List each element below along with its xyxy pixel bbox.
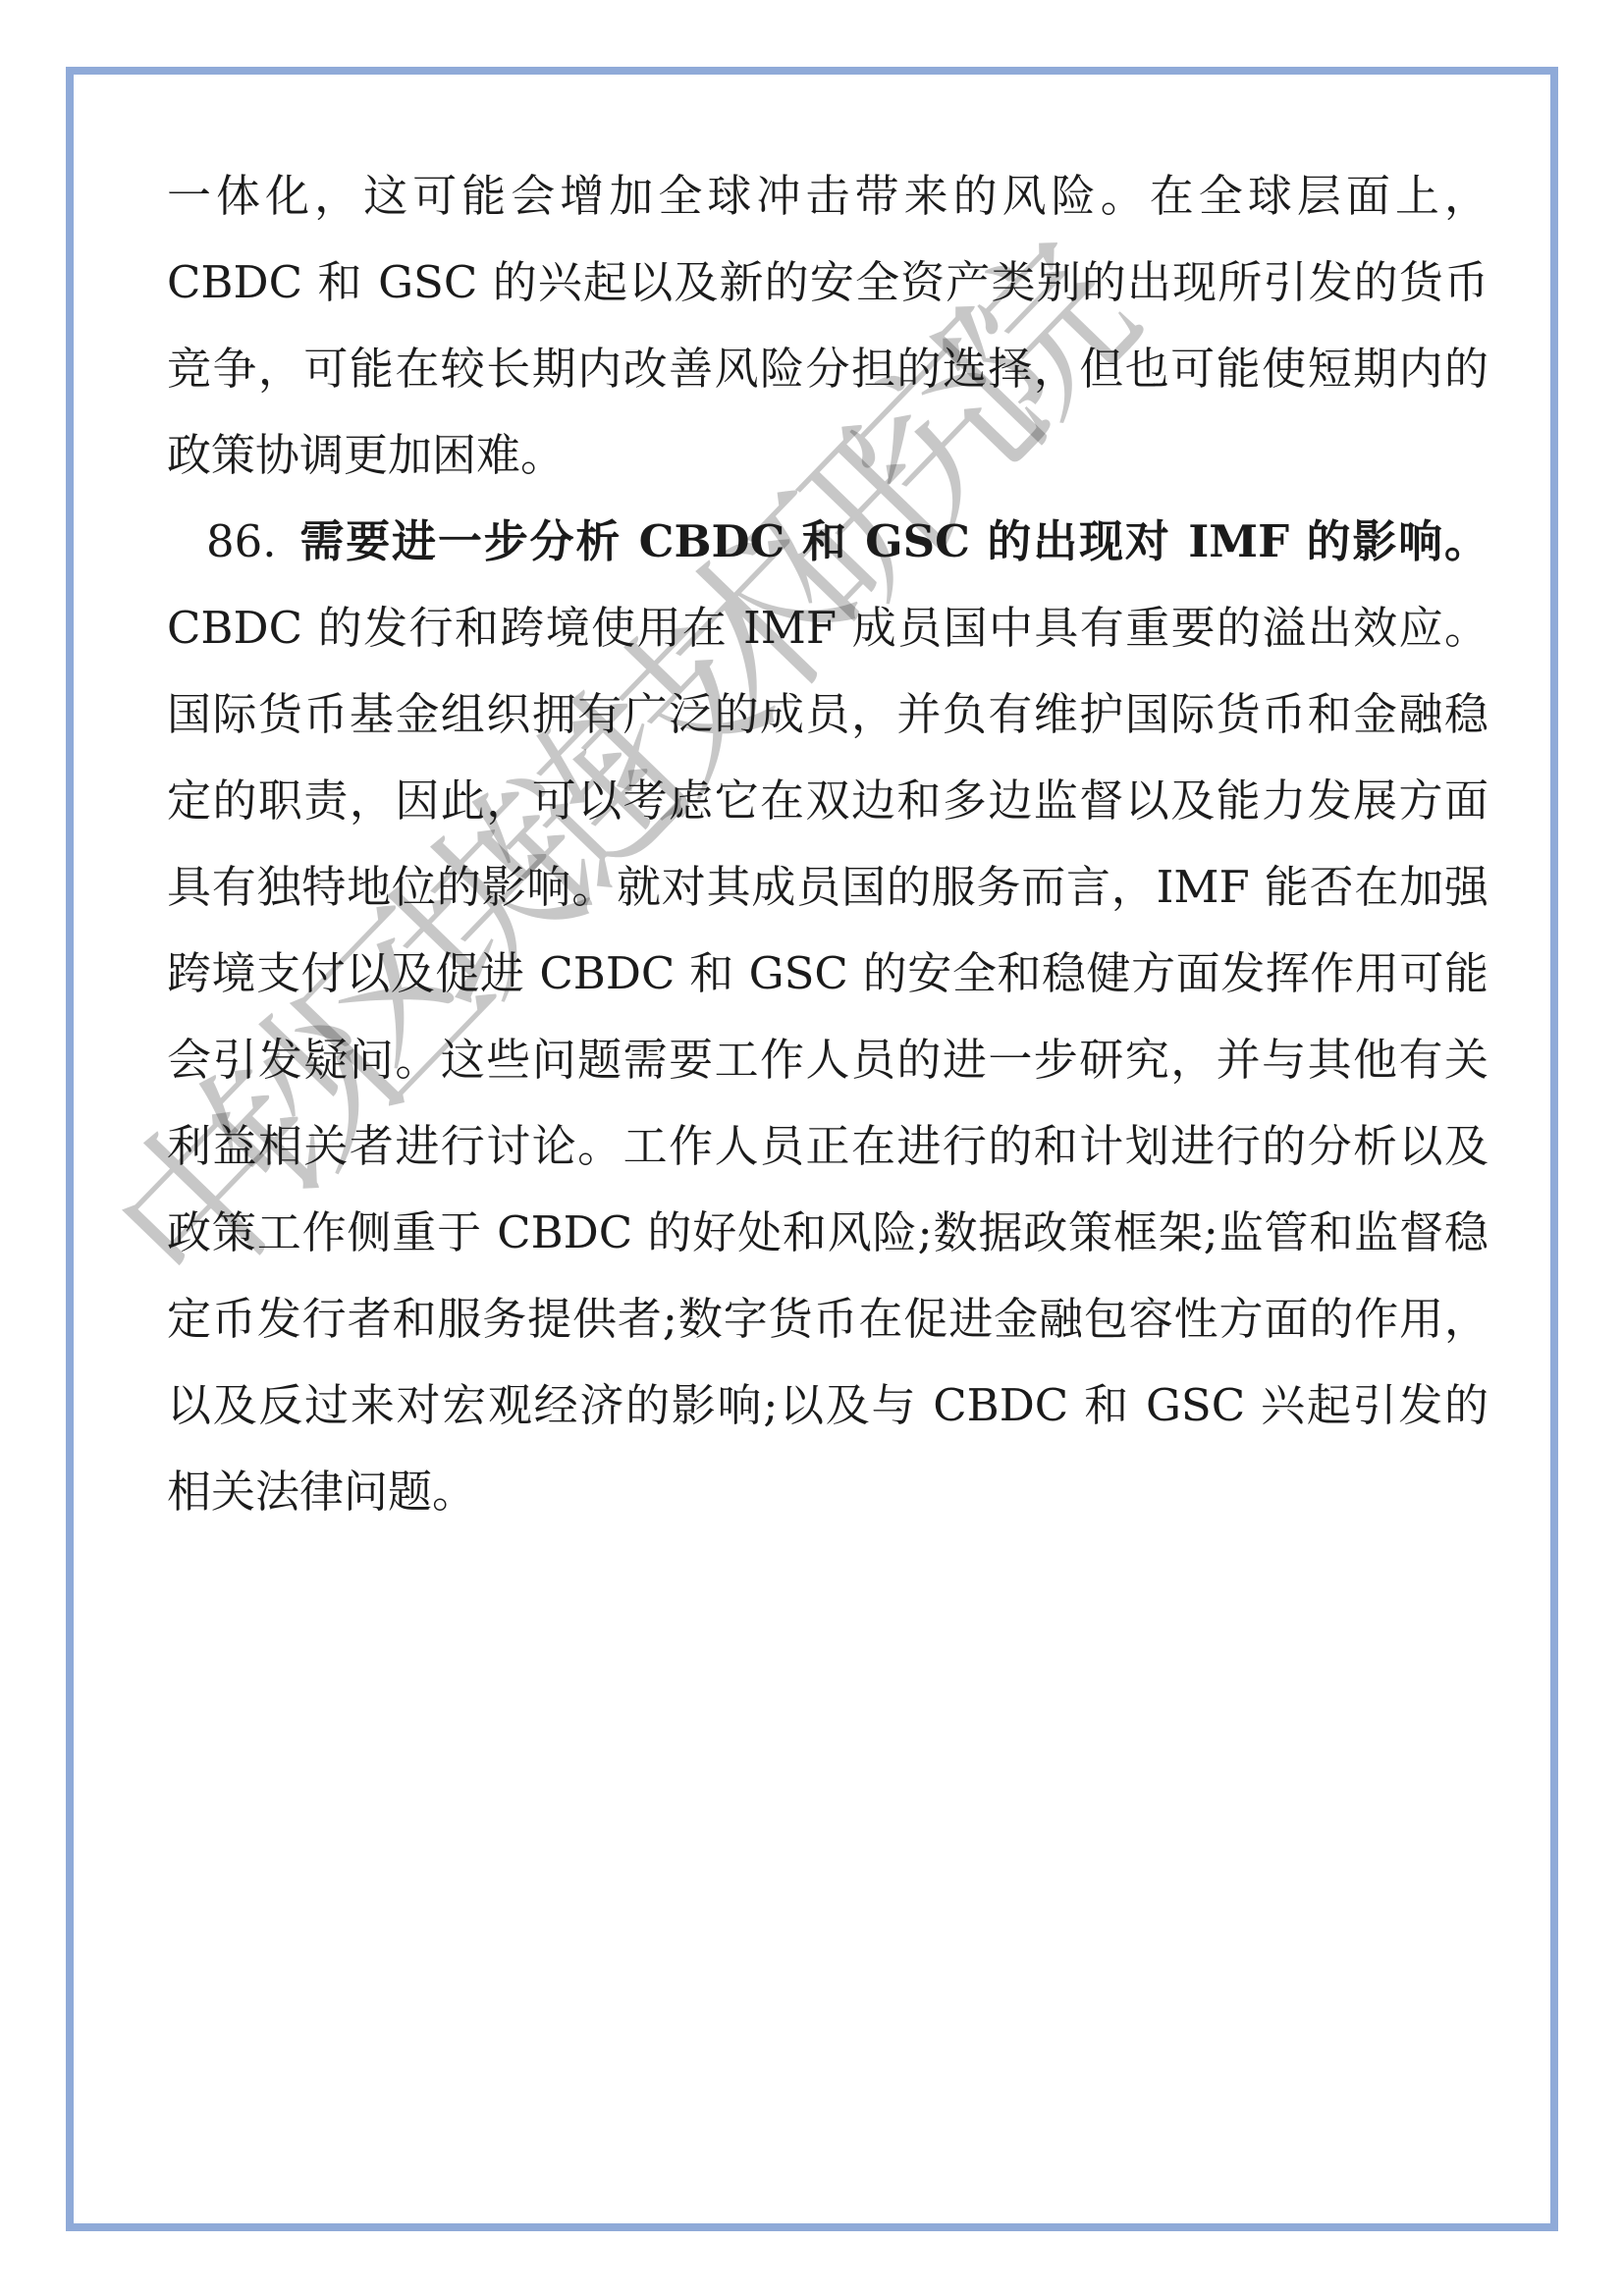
paragraph-continuation-text: 一体化，这可能会增加全球冲击带来的风险。在全球层面上，CBDC 和 GSC 的兴…: [167, 170, 1488, 481]
document-text-block: 一体化，这可能会增加全球冲击带来的风险。在全球层面上，CBDC 和 GSC 的兴…: [167, 153, 1488, 1535]
document-page: 中钞区块链技术研究院 一体化，这可能会增加全球冲击带来的风险。在全球层面上，CB…: [0, 0, 1623, 2296]
paragraph-86-body: CBDC 的发行和跨境使用在 IMF 成员国中具有重要的溢出效应。国际货币基金组…: [167, 602, 1488, 1518]
paragraph-continuation: 一体化，这可能会增加全球冲击带来的风险。在全球层面上，CBDC 和 GSC 的兴…: [167, 153, 1488, 499]
paragraph-86-bold-lead: 需要进一步分析 CBDC 和 GSC 的出现对 IMF 的影响。: [298, 515, 1488, 567]
paragraph-86: 86.需要进一步分析 CBDC 和 GSC 的出现对 IMF 的影响。CBDC …: [167, 499, 1488, 1535]
paragraph-86-number: 86.: [206, 515, 298, 567]
